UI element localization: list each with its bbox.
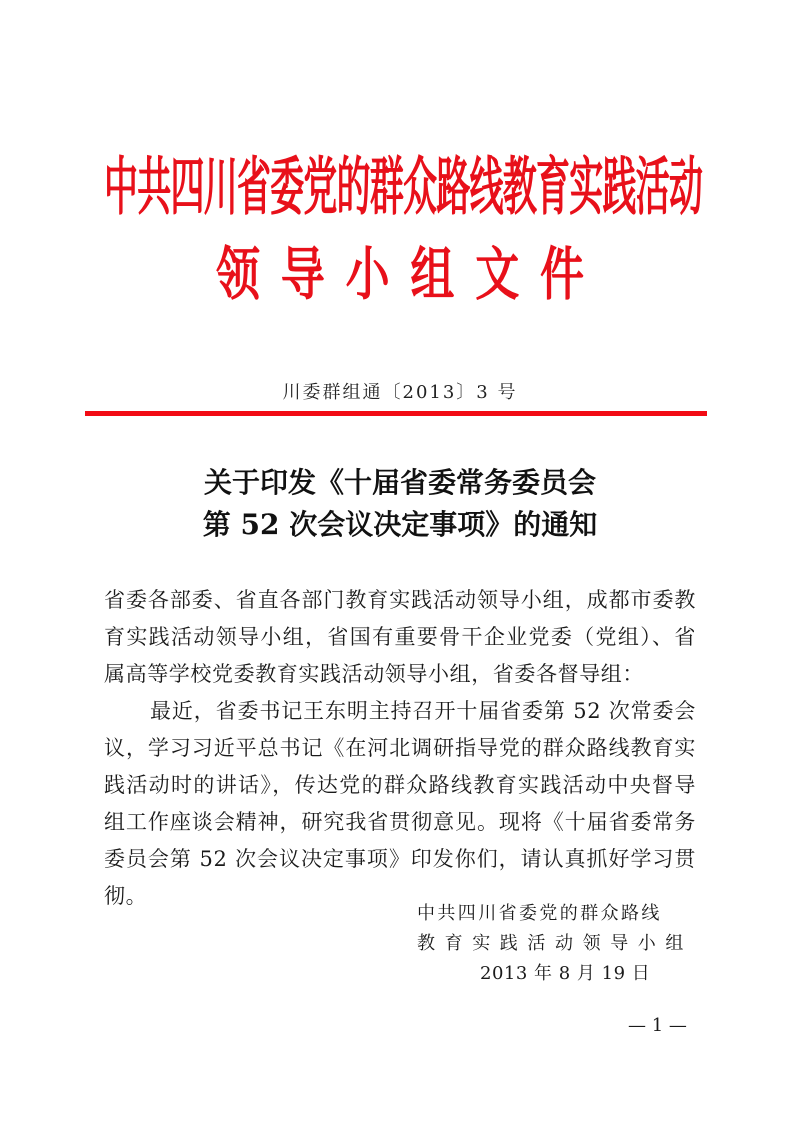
masthead-char: 领 bbox=[214, 247, 262, 304]
masthead-char: 路 bbox=[436, 157, 469, 220]
masthead-char: 动 bbox=[669, 157, 702, 220]
signature-block: 中共四川省委党的群众路线 教育实践活动领导小组 2013 年 8 月 19 日 bbox=[417, 899, 677, 989]
notice-body: 省委各部委、省直各部门教育实践活动领导小组，成都市委教育实践活动领导小组，省国有… bbox=[104, 582, 696, 915]
masthead-char: 活 bbox=[636, 157, 669, 220]
notice-title-line1: 关于印发《十届省委常务委员会 bbox=[0, 462, 800, 504]
masthead-char: 小 bbox=[344, 247, 392, 304]
masthead-title-line2: 领 导 小 组 文 件 bbox=[214, 240, 586, 312]
masthead-char: 育 bbox=[536, 157, 569, 220]
document-page: 中 共 四 川 省 委 党 的 群 众 路 线 教 育 实 践 活 动 领 导 … bbox=[0, 0, 800, 1132]
masthead-char: 群 bbox=[370, 157, 403, 220]
masthead-char: 教 bbox=[503, 157, 536, 220]
notice-title-line2: 第 52 次会议决定事项》的通知 bbox=[0, 504, 800, 546]
masthead-char: 委 bbox=[270, 157, 303, 220]
notice-title: 关于印发《十届省委常务委员会 第 52 次会议决定事项》的通知 bbox=[0, 462, 800, 546]
masthead-char: 导 bbox=[279, 247, 327, 304]
masthead-char: 文 bbox=[473, 247, 521, 304]
masthead-char: 的 bbox=[337, 157, 370, 220]
masthead-char: 中 bbox=[104, 157, 137, 220]
masthead-char: 党 bbox=[303, 157, 336, 220]
signature-org-line1: 中共四川省委党的群众路线 bbox=[417, 899, 677, 929]
addressees-paragraph: 省委各部委、省直各部门教育实践活动领导小组，成都市委教育实践活动领导小组，省国有… bbox=[104, 582, 696, 693]
masthead-char: 件 bbox=[538, 247, 586, 304]
signature-date: 2013 年 8 月 19 日 bbox=[417, 959, 677, 989]
masthead-char: 线 bbox=[470, 157, 503, 220]
masthead-title-line1: 中 共 四 川 省 委 党 的 群 众 路 线 教 育 实 践 活 动 bbox=[104, 150, 702, 226]
masthead-char: 四 bbox=[170, 157, 203, 220]
masthead-char: 实 bbox=[569, 157, 602, 220]
masthead-char: 川 bbox=[204, 157, 237, 220]
masthead-char: 共 bbox=[137, 157, 170, 220]
signature-org-line2: 教育实践活动领导小组 bbox=[417, 929, 677, 959]
masthead-char: 践 bbox=[603, 157, 636, 220]
page-number: — 1 — bbox=[628, 1014, 687, 1038]
masthead-char: 众 bbox=[403, 157, 436, 220]
document-number: 川委群组通〔2013〕3 号 bbox=[0, 381, 800, 405]
red-divider-line bbox=[85, 411, 707, 416]
body-paragraph: 最近，省委书记王东明主持召开十届省委第 52 次常委会议，学习习近平总书记《在河… bbox=[104, 693, 696, 915]
masthead-char: 组 bbox=[408, 247, 456, 304]
masthead-char: 省 bbox=[237, 157, 270, 220]
